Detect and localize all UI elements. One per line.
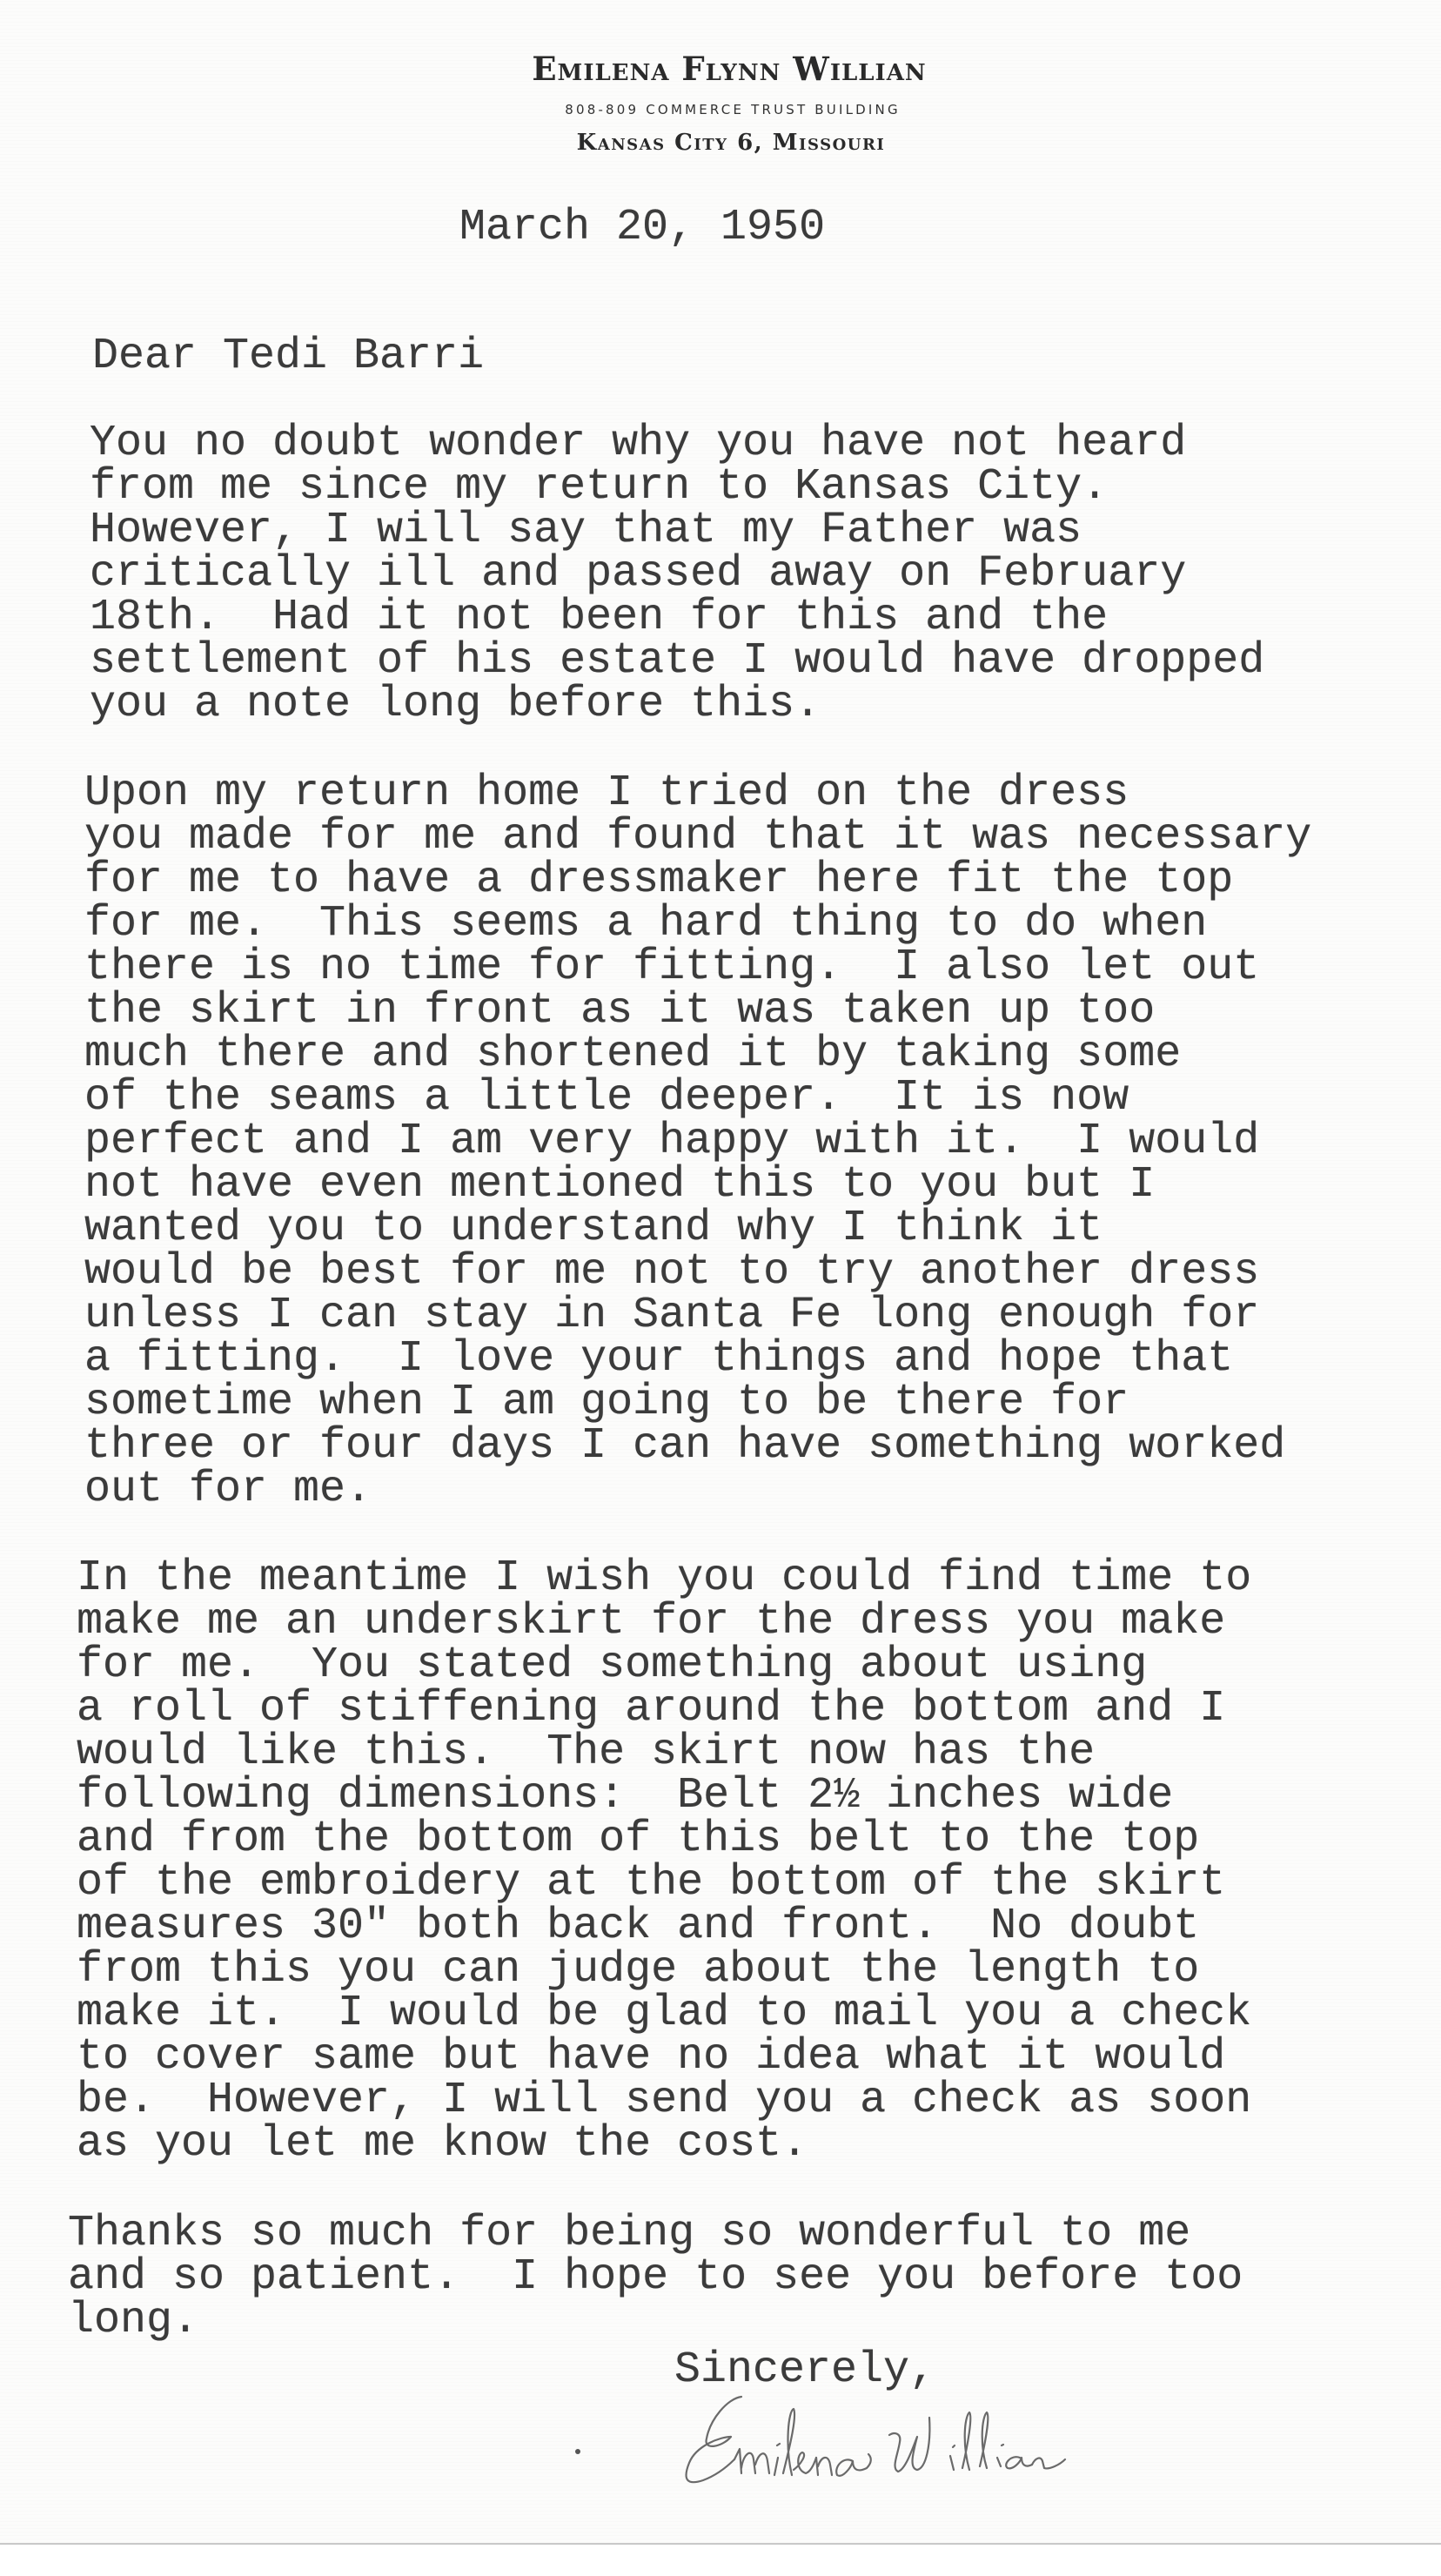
paragraph-2: Upon my return home I tried on the dress…	[84, 772, 1311, 1512]
text-line: Thanks so much for being so wonderful to…	[68, 2212, 1243, 2256]
text-line: Upon my return home I tried on the dress	[84, 772, 1311, 815]
text-line: would be best for me not to try another …	[84, 1251, 1311, 1294]
text-line: sometime when I am going to be there for	[84, 1381, 1311, 1425]
text-line: make it. I would be glad to mail you a c…	[77, 1992, 1251, 2036]
text-line: three or four days I can have something …	[84, 1425, 1311, 1468]
paragraph-3: In the meantime I wish you could find ti…	[77, 1557, 1251, 2166]
text-line: for me to have a dressmaker here fit the…	[84, 859, 1311, 902]
handwritten-signature-icon	[557, 2385, 1357, 2506]
paragraph-4: Thanks so much for being so wonderful to…	[68, 2212, 1243, 2343]
letter-date: March 20, 1950	[459, 206, 825, 250]
text-line: wanted you to understand why I think it	[84, 1207, 1311, 1251]
text-line: would like this. The skirt now has the	[77, 1731, 1251, 1774]
text-line: from me since my return to Kansas City.	[90, 466, 1264, 509]
text-line: for me. This seems a hard thing to do wh…	[84, 902, 1311, 946]
text-line: following dimensions: Belt 2½ inches wid…	[77, 1774, 1251, 1818]
text-line: unless I can stay in Santa Fe long enoug…	[84, 1294, 1311, 1338]
text-line: for me. You stated something about using	[77, 1644, 1251, 1687]
text-line: from this you can judge about the length…	[77, 1949, 1251, 1992]
letterhead-name: Emilena Flynn Willian	[9, 50, 1441, 88]
text-line: However, I will say that my Father was	[90, 509, 1264, 553]
text-line: much there and shortened it by taking so…	[84, 1033, 1311, 1077]
salutation: Dear Tedi Barri	[92, 335, 484, 379]
text-line: of the seams a little deeper. It is now	[84, 1077, 1311, 1120]
text-line: out for me.	[84, 1468, 1311, 1512]
text-line: long.	[68, 2299, 1243, 2343]
letterhead-address: 808-809 COMMERCE TRUST BUILDING	[12, 102, 1441, 117]
text-line: as you let me know the cost.	[77, 2123, 1251, 2166]
text-line: of the embroidery at the bottom of the s…	[77, 1862, 1251, 1905]
text-line: 18th. Had it not been for this and the	[90, 596, 1264, 640]
text-line: In the meantime I wish you could find ti…	[77, 1557, 1251, 1600]
text-line: to cover same but have no idea what it w…	[77, 2036, 1251, 2079]
signature: Emilena Willian	[557, 2385, 1357, 2506]
text-line: and so patient. I hope to see you before…	[68, 2256, 1243, 2299]
scan-background	[0, 2545, 1441, 2576]
text-line: make me an underskirt for the dress you …	[77, 1600, 1251, 1644]
text-line: a roll of stiffening around the bottom a…	[77, 1687, 1251, 1731]
text-line: not have even mentioned this to you but …	[84, 1164, 1311, 1207]
text-line: you made for me and found that it was ne…	[84, 815, 1311, 859]
text-line: critically ill and passed away on Februa…	[90, 553, 1264, 596]
text-line: a fitting. I love your things and hope t…	[84, 1338, 1311, 1381]
text-line: be. However, I will send you a check as …	[77, 2079, 1251, 2123]
text-line: measures 30" both back and front. No dou…	[77, 1905, 1251, 1949]
text-line: you a note long before this.	[90, 683, 1264, 727]
paragraph-1: You no doubt wonder why you have not hea…	[90, 422, 1264, 727]
text-line: there is no time for fitting. I also let…	[84, 946, 1311, 989]
text-line: settlement of his estate I would have dr…	[90, 640, 1264, 683]
text-line: the skirt in front as it was taken up to…	[84, 989, 1311, 1033]
text-line: perfect and I am very happy with it. I w…	[84, 1120, 1311, 1164]
text-line: You no doubt wonder why you have not hea…	[90, 422, 1264, 466]
text-line: and from the bottom of this belt to the …	[77, 1818, 1251, 1862]
letterhead-city: Kansas City 6, Missouri	[10, 129, 1441, 157]
